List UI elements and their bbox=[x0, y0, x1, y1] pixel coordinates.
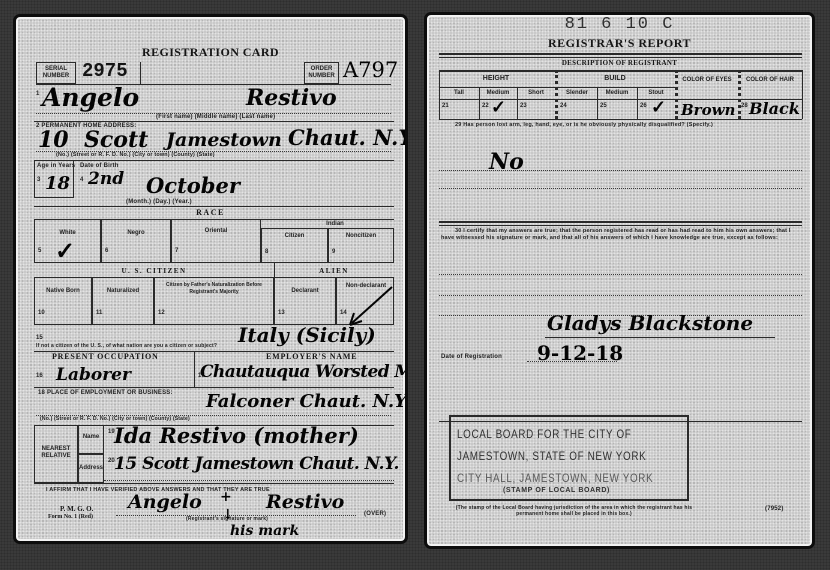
eyes-heading: COLOR OF EYES bbox=[677, 77, 737, 84]
registration-card-back: 81 6 10 C REGISTRAR'S REPORT DESCRIPTION… bbox=[424, 12, 815, 549]
stamp-line-1: LOCAL BOARD FOR THE CITY OF bbox=[457, 427, 631, 441]
nation-value: Italy (Sicily) bbox=[238, 323, 376, 347]
employer-heading: EMPLOYER'S NAME bbox=[266, 352, 357, 361]
age-box: Age in Years 3 18 bbox=[34, 160, 74, 198]
citizen-native-born: Native Born 10 bbox=[34, 277, 92, 325]
registrar-report-title: REGISTRAR'S REPORT bbox=[427, 36, 812, 51]
race-heading: RACE bbox=[16, 208, 405, 217]
last-name: Restivo bbox=[246, 85, 337, 111]
address-city: Jamestown bbox=[166, 129, 282, 151]
his-mark-note: his mark bbox=[230, 523, 299, 539]
address-county-state: Chaut. N.Y. bbox=[288, 125, 408, 150]
race-indian-citizen: Citizen 8 bbox=[261, 228, 328, 263]
height-tall-label: Tall bbox=[439, 90, 479, 97]
nearest-relative-label-box: NEAREST RELATIVE bbox=[34, 425, 78, 483]
signature-mark-cross: + bbox=[220, 489, 232, 505]
height-medium-checkmark: ✓ bbox=[491, 97, 506, 118]
field29-question: 29 Has person lost arm, leg, hand, eye, … bbox=[441, 122, 801, 129]
description-heading: DESCRIPTION OF REGISTRANT bbox=[427, 59, 812, 67]
relative-name-value: Ida Restivo (mother) bbox=[114, 423, 359, 448]
dob-month: October bbox=[146, 173, 240, 198]
order-number-label-box: ORDER NUMBER bbox=[304, 62, 339, 84]
height-heading: HEIGHT bbox=[439, 75, 553, 82]
age-value: 18 bbox=[45, 173, 70, 194]
build-heading: BUILD bbox=[557, 75, 673, 82]
over-label: (OVER) bbox=[364, 511, 386, 517]
form-number: Form No. 1 (Red) bbox=[48, 514, 93, 520]
order-number-label: ORDER NUMBER bbox=[306, 66, 337, 80]
stamp-caption: (STAMP OF LOCAL BOARD) bbox=[503, 487, 610, 494]
hair-color-value: Black bbox=[749, 99, 800, 118]
employment-place-value: Falconer Chaut. N.Y. bbox=[206, 391, 408, 412]
date-of-registration-label: Date of Registration bbox=[441, 354, 502, 360]
serial-number-label: SERIAL NUMBER bbox=[38, 66, 74, 80]
indian-label: Indian bbox=[276, 221, 394, 228]
dob-day: 2nd bbox=[88, 169, 124, 189]
field30-certification: 30 I certify that my answers are true; t… bbox=[441, 228, 801, 242]
hair-heading: COLOR OF HAIR bbox=[739, 77, 801, 84]
nearest-relative-label: NEAREST RELATIVE bbox=[37, 446, 75, 460]
alien-heading: ALIEN bbox=[274, 267, 394, 275]
citizen-naturalized: Naturalized 11 bbox=[92, 277, 154, 325]
registrant-signature-first: Angelo bbox=[128, 491, 202, 513]
race-indian-noncitizen: Noncitizen 9 bbox=[328, 228, 394, 263]
employer-value: Chautauqua Worsted Mfg bbox=[200, 362, 408, 382]
eye-color-value: Brown bbox=[681, 101, 735, 119]
race-negro: Negro 6 bbox=[101, 219, 171, 263]
registrar-signature: Gladys Blackstone bbox=[547, 311, 753, 335]
order-number: A797 bbox=[343, 58, 398, 82]
build-stout-label: Stout bbox=[637, 90, 675, 97]
registration-card-front: REGISTRATION CARD SERIAL NUMBER 2975 ORD… bbox=[13, 14, 408, 544]
build-medium-label: Medium bbox=[597, 90, 637, 97]
address-number: 10 bbox=[38, 127, 69, 153]
pmgo-label: P. M. G. O. bbox=[60, 505, 93, 513]
build-stout-checkmark: ✓ bbox=[651, 97, 666, 118]
alien-declarant: Declarant 13 bbox=[274, 277, 336, 325]
name-caption: (First name) (Middle name) (Last name) bbox=[156, 114, 275, 120]
serial-number: 2975 bbox=[82, 60, 128, 82]
relative-address-label-box: Address bbox=[78, 454, 104, 483]
address-caption: (No.) (Street or R. F. D. No.) (City or … bbox=[56, 152, 215, 157]
height-medium-label: Medium bbox=[479, 90, 517, 97]
race-oriental: Oriental 7 bbox=[171, 219, 261, 263]
serial-number-label-box: SERIAL NUMBER bbox=[36, 62, 76, 84]
field-number: 1 bbox=[36, 91, 39, 97]
registrant-signature-last: Restivo bbox=[266, 491, 344, 513]
arrow-down-icon: ↓ bbox=[222, 507, 234, 523]
stamp-line-3: CITY HALL, JAMESTOWN, NEW YORK bbox=[457, 471, 653, 485]
first-name: Angelo bbox=[42, 83, 139, 112]
relative-address-value: 15 Scott Jamestown Chaut. N.Y. bbox=[114, 454, 399, 474]
build-slender-label: Slender bbox=[557, 90, 597, 97]
height-short-label: Short bbox=[517, 90, 555, 97]
occupation-heading: PRESENT OCCUPATION bbox=[52, 352, 159, 361]
address-street: Scott bbox=[84, 127, 148, 153]
stamp-line-2: JAMESTOWN, STATE OF NEW YORK bbox=[457, 449, 646, 463]
employment-caption: (No.) (Street or R. F. D. No.) (City or … bbox=[40, 416, 190, 421]
form-code: (7952) bbox=[765, 506, 784, 512]
card-number-stamp: 81 6 10 C bbox=[427, 15, 812, 34]
relative-name-label-box: Name bbox=[78, 425, 104, 454]
age-label: Age in Years bbox=[37, 163, 75, 169]
occupation-value: Laborer bbox=[56, 365, 131, 385]
white-checkmark: ✓ bbox=[55, 236, 75, 265]
race-white: White 5 ✓ bbox=[34, 219, 101, 263]
local-board-stamp: LOCAL BOARD FOR THE CITY OF JAMESTOWN, S… bbox=[449, 415, 689, 501]
field29-answer: No bbox=[489, 149, 524, 175]
citizen-heading: U. S. CITIZEN bbox=[34, 267, 274, 275]
stamp-note: (The stamp of the Local Board having jur… bbox=[449, 505, 699, 517]
dob-caption: (Month.) (Day.) (Year.) bbox=[126, 199, 192, 205]
citizen-by-father: Citizen by Father's Naturalization Befor… bbox=[154, 277, 274, 325]
nation-label: If not a citizen of the U. S., of what n… bbox=[36, 343, 217, 349]
employment-place-label: 18 PLACE OF EMPLOYMENT OR BUSINESS: bbox=[38, 390, 173, 396]
